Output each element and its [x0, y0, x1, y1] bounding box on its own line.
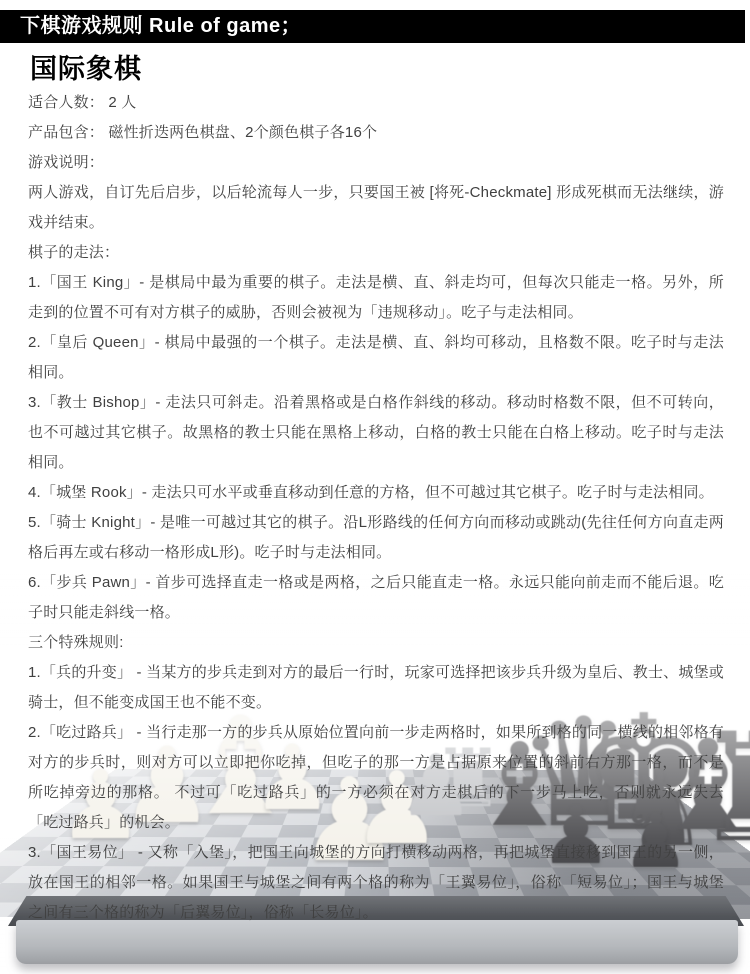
rules-content: 国际象棋 适合人数： 2 人 产品包含： 磁性折迭两色棋盘、2个颜色棋子各16个… [0, 43, 750, 928]
move-rule-pawn: 6.「步兵 Pawn」- 首步可选择直走一格或是两格，之后只能直走一格。永远只能… [28, 568, 724, 628]
section-heading-special: 三个特殊规则: [28, 628, 724, 658]
game-description: 两人游戏，自订先后启步，以后轮流每人一步，只要国王被 [将死-Checkmate… [28, 178, 724, 238]
move-rule-rook: 4.「城堡 Rook」- 走法只可水平或垂直移动到任意的方格，但不可越过其它棋子… [28, 478, 724, 508]
move-rule-queen: 2.「皇后 Queen」- 棋局中最强的一个棋子。走法是横、直、斜均可移动，且格… [28, 328, 724, 388]
move-rule-knight: 5.「骑士 Knight」- 是唯一可越过其它的棋子。沿L形路线的任何方向而移动… [28, 508, 724, 568]
move-rule-bishop: 3.「教士 Bishop」- 走法只可斜走。沿着黑格或是白格作斜线的移动。移动时… [28, 388, 724, 478]
section-heading-moves: 棋子的走法： [28, 238, 724, 268]
page-title: 国际象棋 [30, 50, 724, 88]
header-title: 下棋游戏规则 Rule of game； [20, 15, 301, 37]
special-rule-castling: 3.「国王易位」 - 又称「入堡」，把国王向城堡的方向打横移动两格，再把城堡直接… [28, 838, 724, 928]
info-line-players: 适合人数： 2 人 [28, 88, 724, 118]
info-line-contents: 产品包含： 磁性折迭两色棋盘、2个颜色棋子各16个 [28, 118, 724, 148]
move-rule-king: 1.「国王 King」- 是棋局中最为重要的棋子。走法是横、直、斜走均可，但每次… [28, 268, 724, 328]
section-heading-notes: 游戏说明： [28, 148, 724, 178]
special-rule-en-passant: 2.「吃过路兵」 - 当行走那一方的步兵从原始位置向前一步走两格时，如果所到格的… [28, 718, 724, 838]
header-bar: 下棋游戏规则 Rule of game； [0, 10, 745, 43]
special-rule-promotion: 1.「兵的升变」 - 当某方的步兵走到对方的最后一行时，玩家可选择把该步兵升级为… [28, 658, 724, 718]
